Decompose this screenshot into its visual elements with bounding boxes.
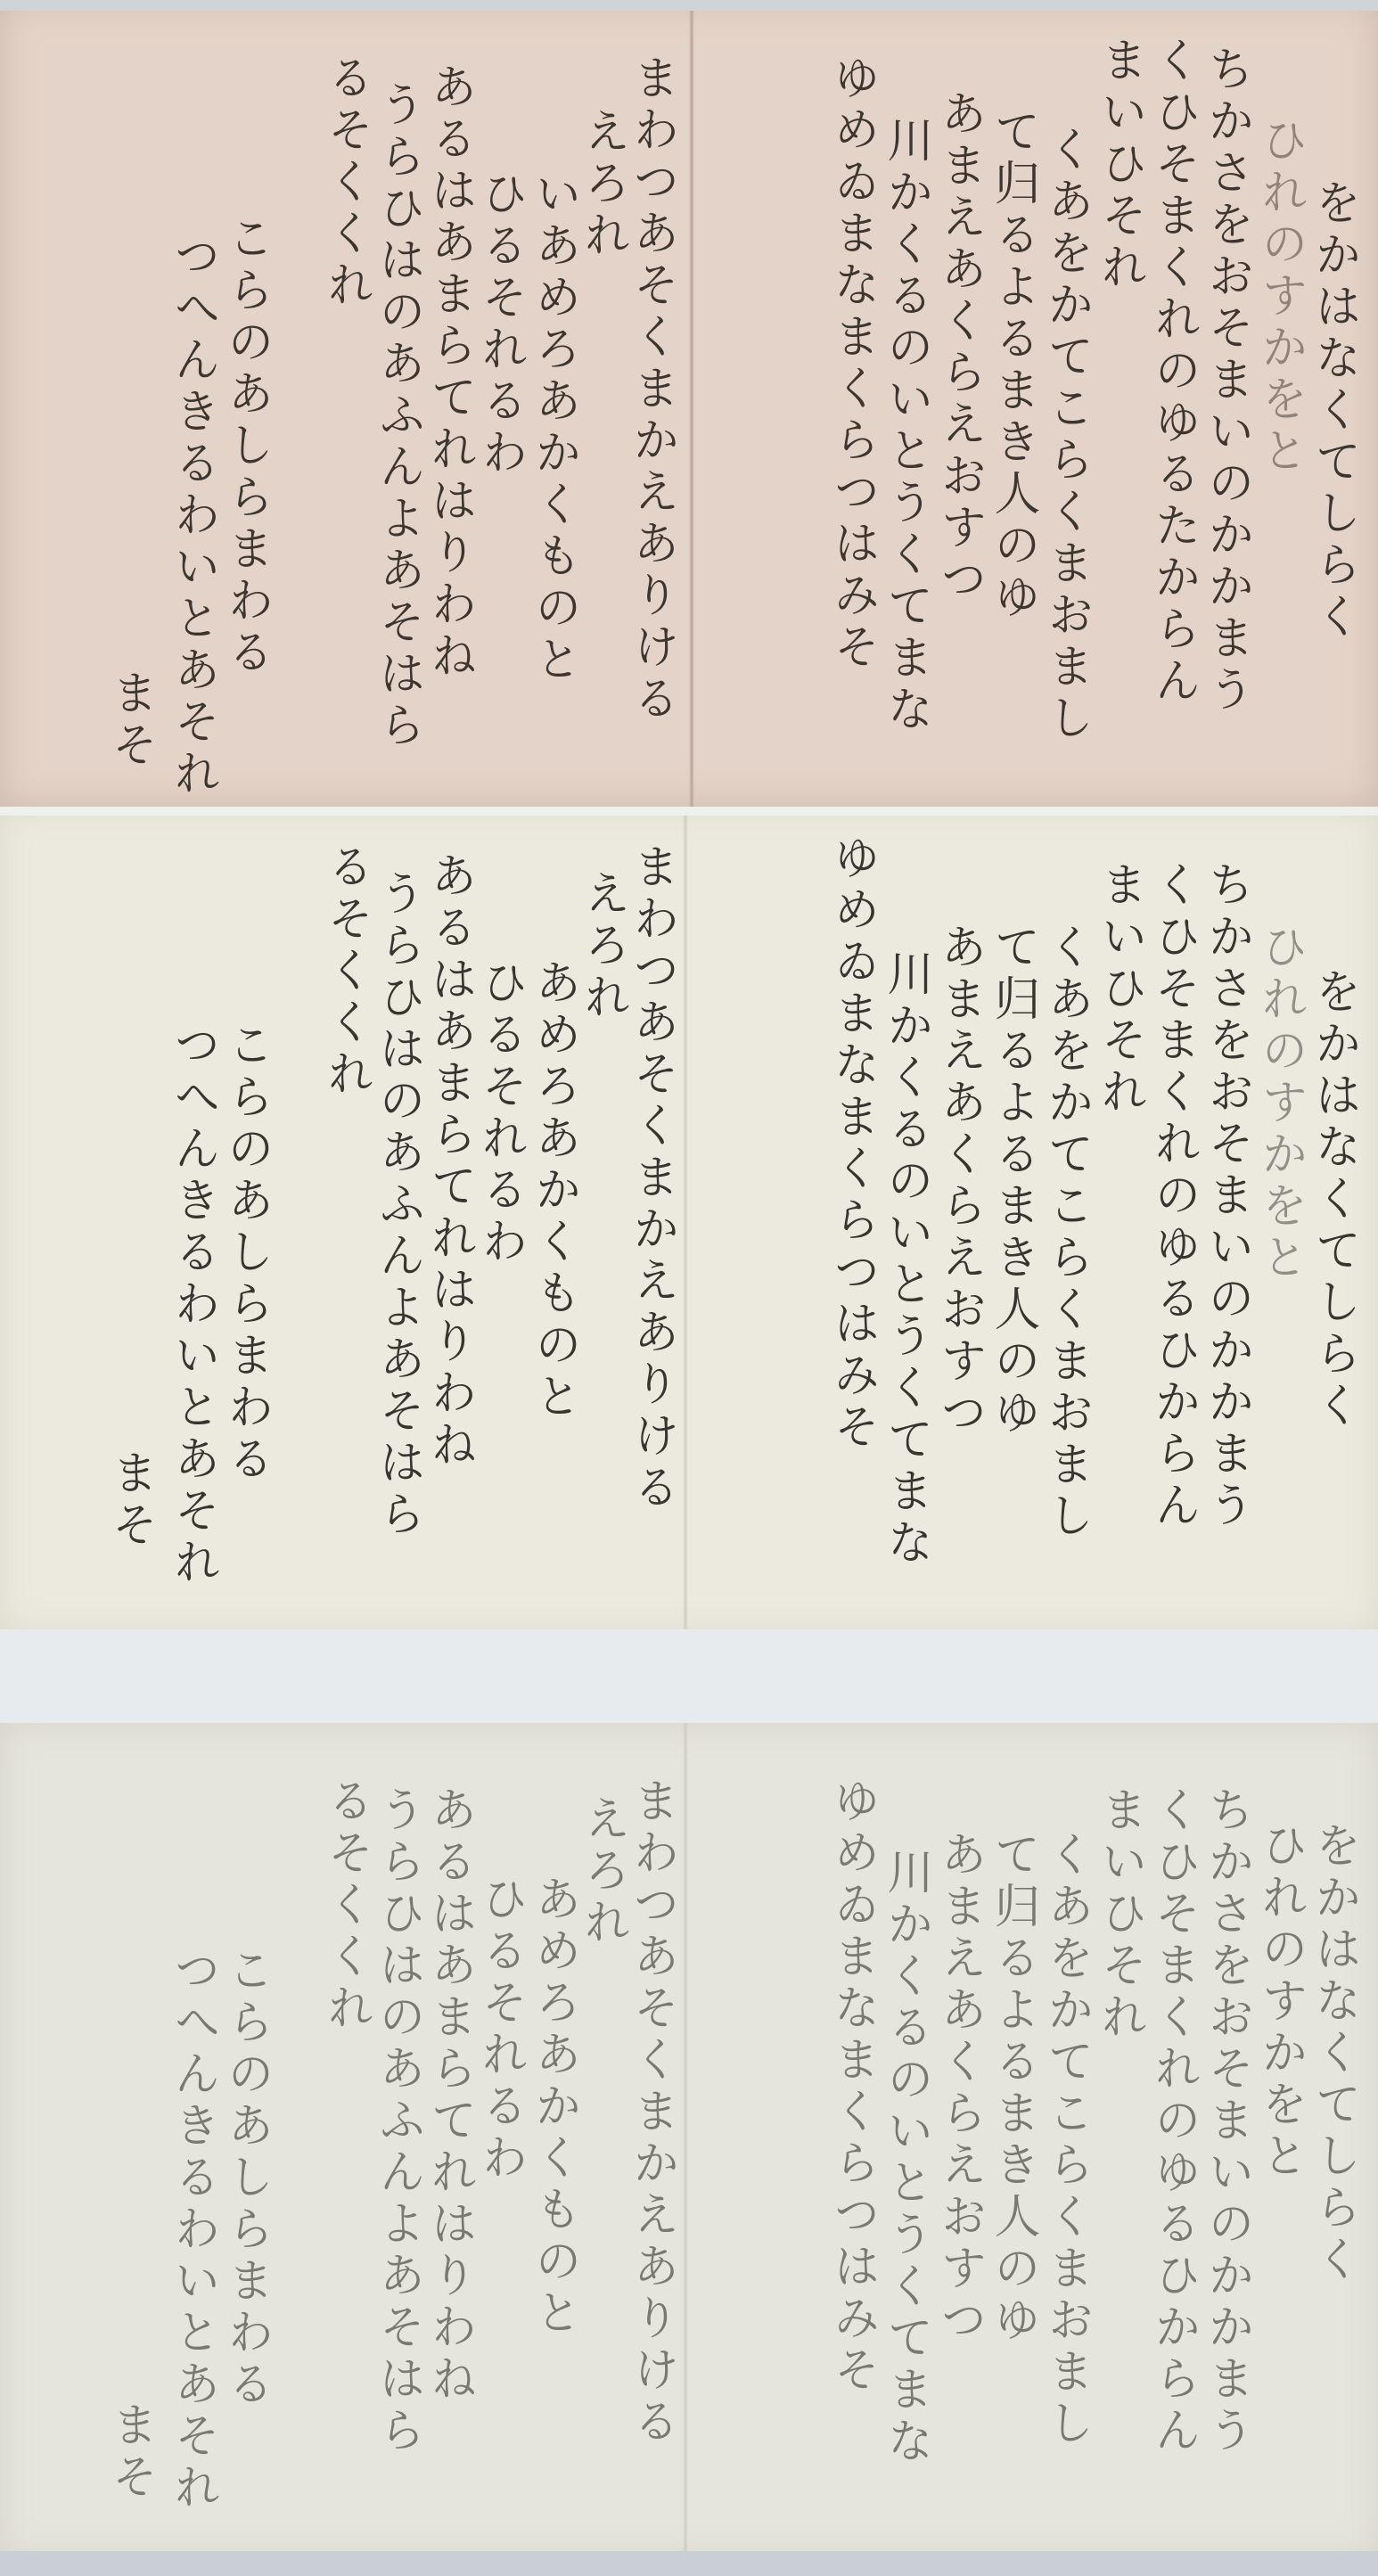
- text-column: あるはあまらてれはりわね: [426, 1785, 472, 2406]
- text-column: ひるそれるわ: [477, 958, 523, 1268]
- text-column: まわつあそくまかえありける: [628, 1776, 675, 2449]
- text-column: ひれのすかをと: [1257, 1821, 1303, 2183]
- separator-sep-bottom: [0, 2551, 1378, 2576]
- text-column: ちかさをおそまいのかかまう: [1203, 45, 1250, 717]
- text-column: 川かくるのいとうくてまな: [882, 1848, 929, 2468]
- text-column: くひそまくれのゆるひからん: [1150, 1785, 1196, 2457]
- text-column: をかはなくてしらく: [1310, 1821, 1357, 2286]
- text-column: て归るよるまき人のゆ: [989, 923, 1036, 1440]
- text-column: ひれのすかをと: [1257, 116, 1303, 478]
- text-column: つへんきるわいとあそれ: [169, 1021, 216, 1589]
- text-column: あまえあくらえおすつ: [936, 1830, 982, 2347]
- text-column: いあめろあかくものと: [530, 169, 577, 686]
- text-column: こらのあしらまわる: [223, 1946, 269, 2411]
- text-column: あまえあくらえおすつ: [936, 923, 982, 1440]
- text-column: ゆめゐまなまくらつはみそ: [829, 1776, 875, 2397]
- text-column: ひるそれるわ: [477, 169, 523, 480]
- text-column: くひそまくれのゆるたからん: [1150, 36, 1196, 708]
- text-column: 川かくるのいとうくてまな: [882, 116, 929, 736]
- text-column: こらのあしらまわる: [223, 214, 269, 679]
- separator-sep-2: [0, 1629, 1378, 1723]
- manuscript-panel-copy-2: をかはなくてしらくひれのすかをとちかさをおそまいのかかまうくひそまくれのゆるひか…: [0, 1723, 1378, 2558]
- text-column: あめろあかくものと: [530, 958, 577, 1423]
- text-column: まいひそれ: [1096, 36, 1143, 294]
- text-column: るそくくれ: [323, 53, 369, 312]
- text-column: えろれ: [579, 1794, 626, 1949]
- text-column: うらひはのあふんよあそはら: [374, 869, 421, 1541]
- manuscript-panel-copy-1: をかはなくてしらくひれのすかをとちかさをおそまいのかかまうくひそまくれのゆるひか…: [0, 807, 1378, 1634]
- text-column: こらのあしらまわる: [223, 1021, 269, 1486]
- text-column: まいひそれ: [1096, 1785, 1143, 2044]
- book-gutter: [689, 0, 694, 807]
- text-column: うらひはのあふんよあそはら: [374, 80, 421, 752]
- text-column: をかはなくてしらく: [1310, 967, 1357, 1432]
- text-column: あめろあかくものと: [530, 1875, 577, 2340]
- text-column: まいひそれ: [1096, 860, 1143, 1119]
- text-column: ちかさをおそまいのかかまう: [1203, 1785, 1250, 2457]
- text-column: て归るよるまき人のゆ: [989, 107, 1036, 624]
- text-column: ちかさをおそまいのかかまう: [1203, 860, 1250, 1532]
- text-column: るそくくれ: [323, 1776, 369, 2035]
- text-column: うらひはのあふんよあそはら: [374, 1785, 421, 2457]
- text-column: ゆめゐまなまくらつはみそ: [829, 833, 875, 1454]
- text-column: あまえあくらえおすつ: [936, 89, 982, 606]
- text-column: あるはあまらてれはりわね: [426, 851, 472, 1472]
- book-gutter: [683, 807, 688, 1634]
- separator-sep-top: [0, 0, 1378, 11]
- text-column: て归るよるまき人のゆ: [989, 1830, 1036, 2347]
- text-column: ゆめゐまなまくらつはみそ: [829, 53, 875, 674]
- text-column: くあをかてこらくまおまし: [1043, 923, 1089, 1543]
- text-column: まわつあそくまかえありける: [628, 842, 675, 1514]
- text-column: つへんきるわいとあそれ: [169, 232, 216, 800]
- text-column: るそくくれ: [323, 842, 369, 1101]
- text-column: ひるそれるわ: [477, 1875, 523, 2185]
- text-column: まそ: [107, 669, 153, 772]
- text-column: まわつあそくまかえありける: [628, 53, 675, 726]
- text-column: つへんきるわいとあそれ: [169, 1946, 216, 2514]
- text-column: まそ: [107, 2400, 153, 2504]
- text-column: くあをかてこらくまおまし: [1043, 1830, 1089, 2450]
- text-column: くひそまくれのゆるひからん: [1150, 860, 1196, 1532]
- text-column: をかはなくてしらく: [1310, 178, 1357, 644]
- text-column: えろれ: [579, 869, 626, 1024]
- text-column: えろれ: [579, 107, 626, 262]
- text-column: 川かくるのいとうくてまな: [882, 949, 929, 1570]
- separator-sep-1: [0, 807, 1378, 816]
- book-gutter: [683, 1723, 688, 2558]
- text-column: ひれのすかをと: [1257, 923, 1303, 1284]
- text-column: まそ: [107, 1448, 153, 1552]
- text-column: くあをかてこらくまおまし: [1043, 125, 1089, 745]
- text-column: あるはあまらてれはりわね: [426, 62, 472, 683]
- manuscript-panel-original: をかはなくてしらくひれのすかをとちかさをおそまいのかかまうくひそまくれのゆるたか…: [0, 0, 1378, 807]
